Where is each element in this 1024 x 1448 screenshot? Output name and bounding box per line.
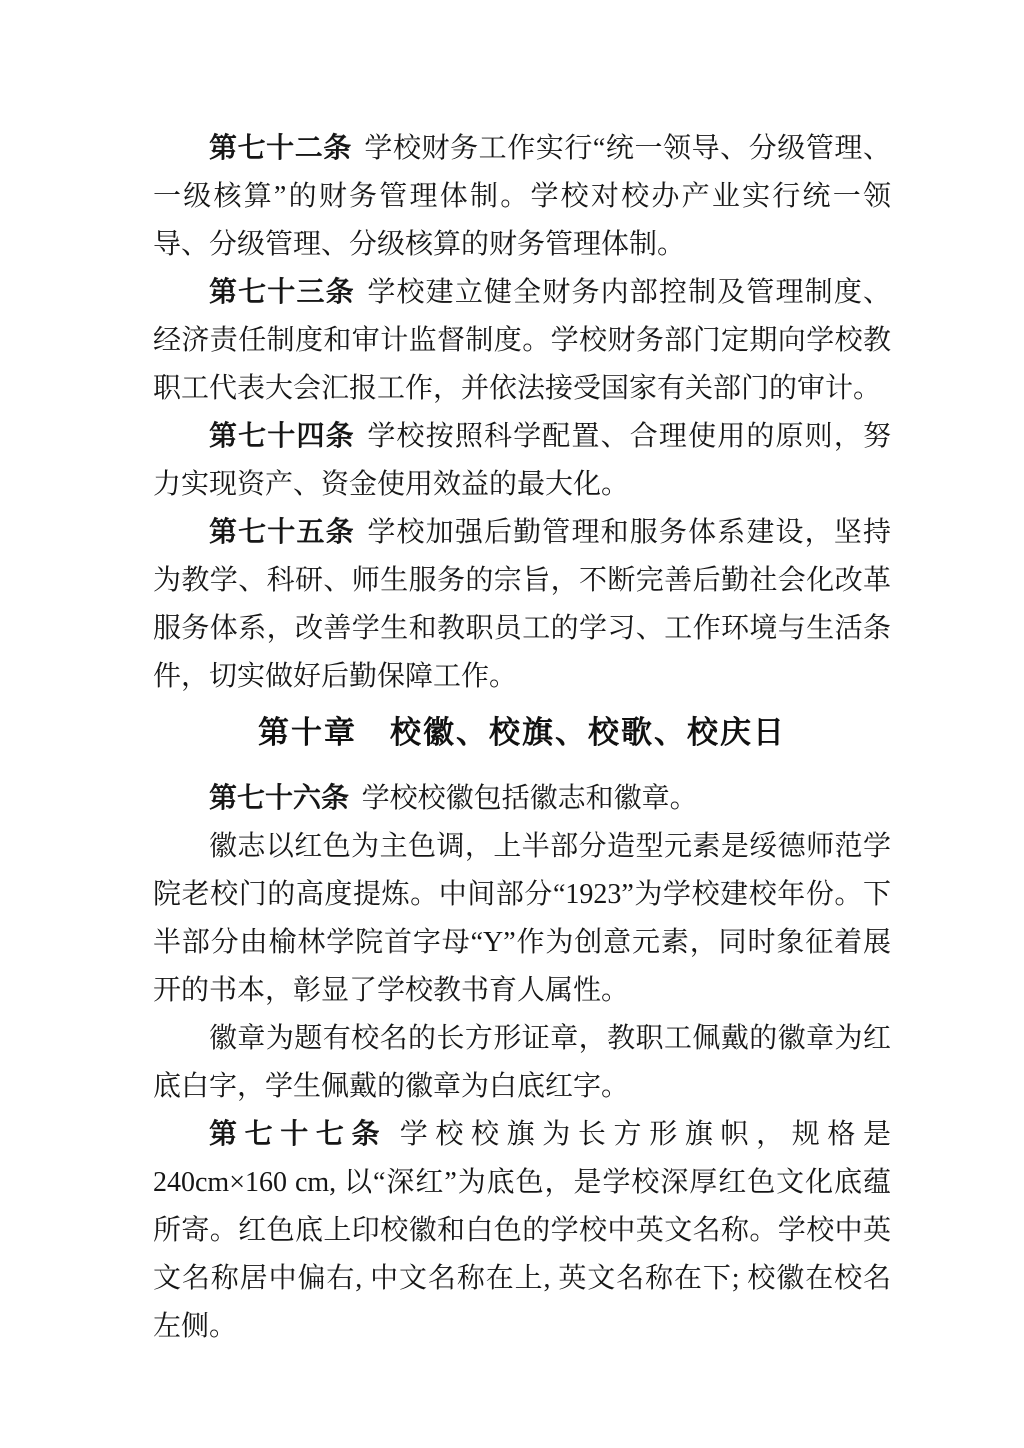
article-76-number: 第七十六条 [209, 783, 349, 814]
article-72-paragraph: 第七十二条学校财务工作实行“统一领导、分级管理、一级核算”的财务管理体制。学校对… [153, 125, 891, 269]
article-74-number: 第七十四条 [209, 421, 355, 452]
document-page: 第七十二条学校财务工作实行“统一领导、分级管理、一级核算”的财务管理体制。学校对… [0, 0, 1024, 1448]
article-72-number: 第七十二条 [209, 133, 352, 164]
emblem-logo-paragraph: 徽志以红色为主色调，上半部分造型元素是绥德师范学院老校门的高度提炼。中间部分“1… [153, 823, 891, 1015]
emblem-badge-paragraph: 徽章为题有校名的长方形证章，教职工佩戴的徽章为红底白字，学生佩戴的徽章为白底红字… [153, 1015, 891, 1111]
article-75-number: 第七十五条 [209, 517, 355, 548]
article-77-text: 学校校旗为长方形旗帜，规格是 240cm×160 cm, 以“深红”为底色，是学… [153, 1119, 891, 1342]
emblem-logo-text: 徽志以红色为主色调，上半部分造型元素是绥德师范学院老校门的高度提炼。中间部分“1… [153, 831, 891, 1006]
article-77-paragraph: 第七十七条学校校旗为长方形旗帜，规格是 240cm×160 cm, 以“深红”为… [153, 1111, 891, 1351]
article-77-number: 第七十七条 [209, 1119, 387, 1150]
article-73-number: 第七十三条 [209, 277, 355, 308]
article-73-paragraph: 第七十三条学校建立健全财务内部控制及管理制度、经济责任制度和审计监督制度。学校财… [153, 269, 891, 413]
article-76-text: 学校校徽包括徽志和徽章。 [362, 783, 698, 814]
article-76-paragraph: 第七十六条学校校徽包括徽志和徽章。 [153, 775, 891, 823]
chapter-10-heading: 第十章 校徽、校旗、校歌、校庆日 [153, 709, 891, 757]
article-75-paragraph: 第七十五条学校加强后勤管理和服务体系建设，坚持为教学、科研、师生服务的宗旨，不断… [153, 509, 891, 701]
article-74-paragraph: 第七十四条学校按照科学配置、合理使用的原则，努力实现资产、资金使用效益的最大化。 [153, 413, 891, 509]
emblem-badge-text: 徽章为题有校名的长方形证章，教职工佩戴的徽章为红底白字，学生佩戴的徽章为白底红字… [153, 1023, 891, 1102]
